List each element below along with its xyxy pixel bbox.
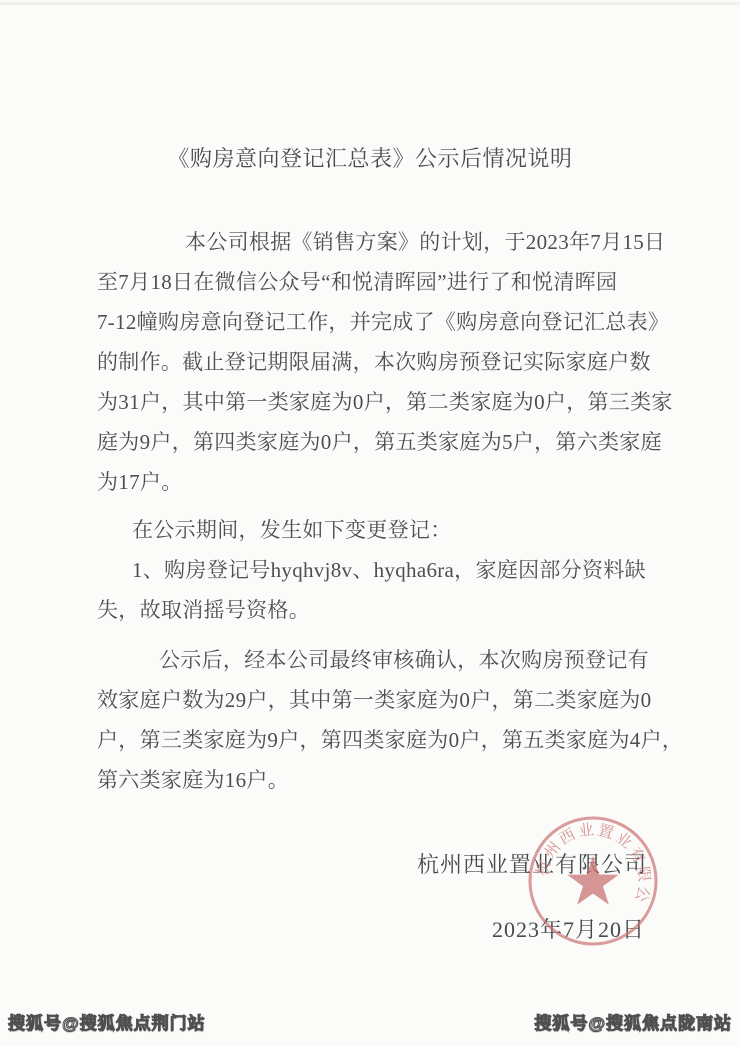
document-title: 《购房意向登记汇总表》公示后情况说明 bbox=[0, 142, 740, 173]
text-line: 在公示期间，发生如下变更登记： bbox=[97, 510, 667, 550]
text-line: 效家庭户数为29户，其中第一类家庭为0户，第二类家庭为0 bbox=[97, 680, 667, 720]
text-line: 为17户。 bbox=[97, 462, 667, 502]
seal-code: 9406786 bbox=[513, 801, 516, 803]
signature-date: 2023年7月20日 bbox=[492, 913, 645, 944]
text-line: 公示后，经本公司最终审核确认，本次购房预登记有 bbox=[97, 640, 667, 680]
svg-text:9406786: 9406786 bbox=[513, 801, 516, 803]
watermark-sohu-right: 搜狐号@搜狐焦点陇南站 bbox=[534, 1009, 732, 1034]
text-line: 7-12幢购房意向登记工作，并完成了《购房意向登记汇总表》 bbox=[97, 302, 667, 342]
text-line: 的制作。截止登记期限届满，本次购房预登记实际家庭户数 bbox=[97, 342, 667, 382]
text-line: 庭为9户，第四类家庭为0户，第五类家庭为5户，第六类家庭 bbox=[97, 422, 667, 462]
text-line: 至7月18日在微信公众号“和悦清晖园”进行了和悦清晖园 bbox=[97, 262, 667, 302]
watermark-sohu-left: 搜狐号@搜狐焦点荆门站 bbox=[8, 1009, 206, 1034]
text-line: 本公司根据《销售方案》的计划，于2023年7月15日 bbox=[97, 222, 667, 262]
text-line: 为31户，其中第一类家庭为0户，第二类家庭为0户，第三类家 bbox=[97, 382, 667, 422]
text-line: 户，第三类家庭为9户，第四类家庭为0户，第五类家庭为4户， bbox=[97, 720, 667, 760]
document-body: 本公司根据《销售方案》的计划，于2023年7月15日至7月18日在微信公众号“和… bbox=[97, 222, 667, 800]
company-signature: 杭州西业置业有限公司 bbox=[417, 848, 647, 879]
text-line: 失，故取消摇号资格。 bbox=[97, 590, 667, 630]
scanned-document-page: 《购房意向登记汇总表》公示后情况说明 本公司根据《销售方案》的计划，于2023年… bbox=[0, 0, 740, 1046]
text-line: 1、购房登记号hyqhvj8v、hyqha6ra，家庭因部分资料缺 bbox=[97, 550, 667, 590]
scan-edge-artifact bbox=[0, 2, 740, 5]
text-line: 第六类家庭为16户。 bbox=[97, 760, 667, 800]
